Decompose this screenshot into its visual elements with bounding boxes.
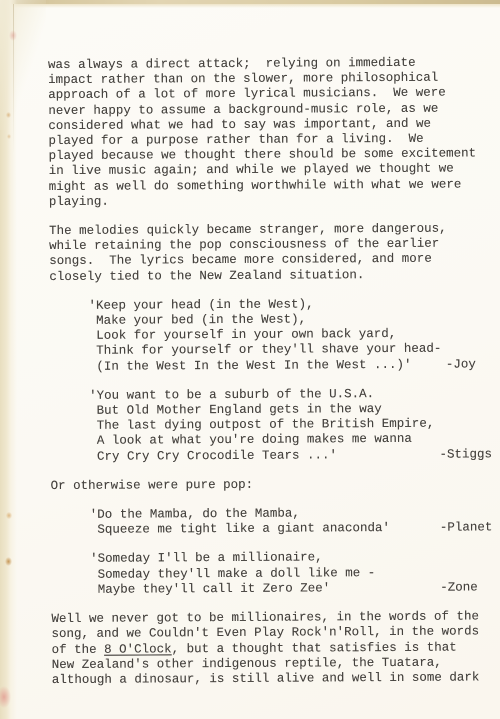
foxing-spot — [6, 112, 11, 118]
foxing-spot — [6, 512, 12, 519]
paragraph-intro: was always a direct attack; relying on i… — [48, 55, 495, 210]
lyric-quote-stiggs: 'You want to be a suburb of the U.S.A. B… — [89, 386, 496, 465]
paragraph-closing: Well we never got to be millionaires, in… — [51, 609, 497, 688]
lyric-lines: 'Do the Mamba, do the Mamba, Squeeze me … — [90, 505, 497, 538]
quote-attribution: -Stiggs — [439, 447, 492, 463]
page-top-edge-fade — [0, 4, 500, 8]
lyric-lines: 'Someday I'll be a millionaire, Someday … — [90, 550, 497, 598]
page-text: was always a direct attack; relying on i… — [48, 55, 498, 688]
scanned-page: was always a direct attack; relying on i… — [0, 0, 500, 719]
lyric-lines: 'You want to be a suburb of the U.S.A. B… — [89, 386, 496, 465]
paragraph-melodies: The melodies quickly became stranger, mo… — [49, 221, 495, 285]
quote-attribution: -Planet — [440, 521, 493, 537]
lyric-quote-planet: 'Do the Mamba, do the Mamba, Squeeze me … — [90, 505, 497, 538]
lyric-quote-joy: 'Keep your head (in the West), Make your… — [88, 296, 495, 375]
quote-attribution: -Zone — [440, 580, 478, 595]
ink-stain — [9, 30, 17, 41]
lyric-quote-zone: 'Someday I'll be a millionaire, Someday … — [90, 550, 497, 598]
foxing-spot — [5, 557, 12, 566]
quote-attribution: -Joy — [446, 357, 476, 372]
page-corner-fold — [0, 0, 46, 130]
pure-pop-line: Or otherwise were pure pop: — [51, 476, 497, 494]
foxing-spot — [7, 134, 11, 139]
lyric-lines: 'Keep your head (in the West), Make your… — [88, 296, 495, 375]
page-crease — [13, 4, 14, 154]
publication-title: 8 O'Clock — [104, 642, 172, 656]
